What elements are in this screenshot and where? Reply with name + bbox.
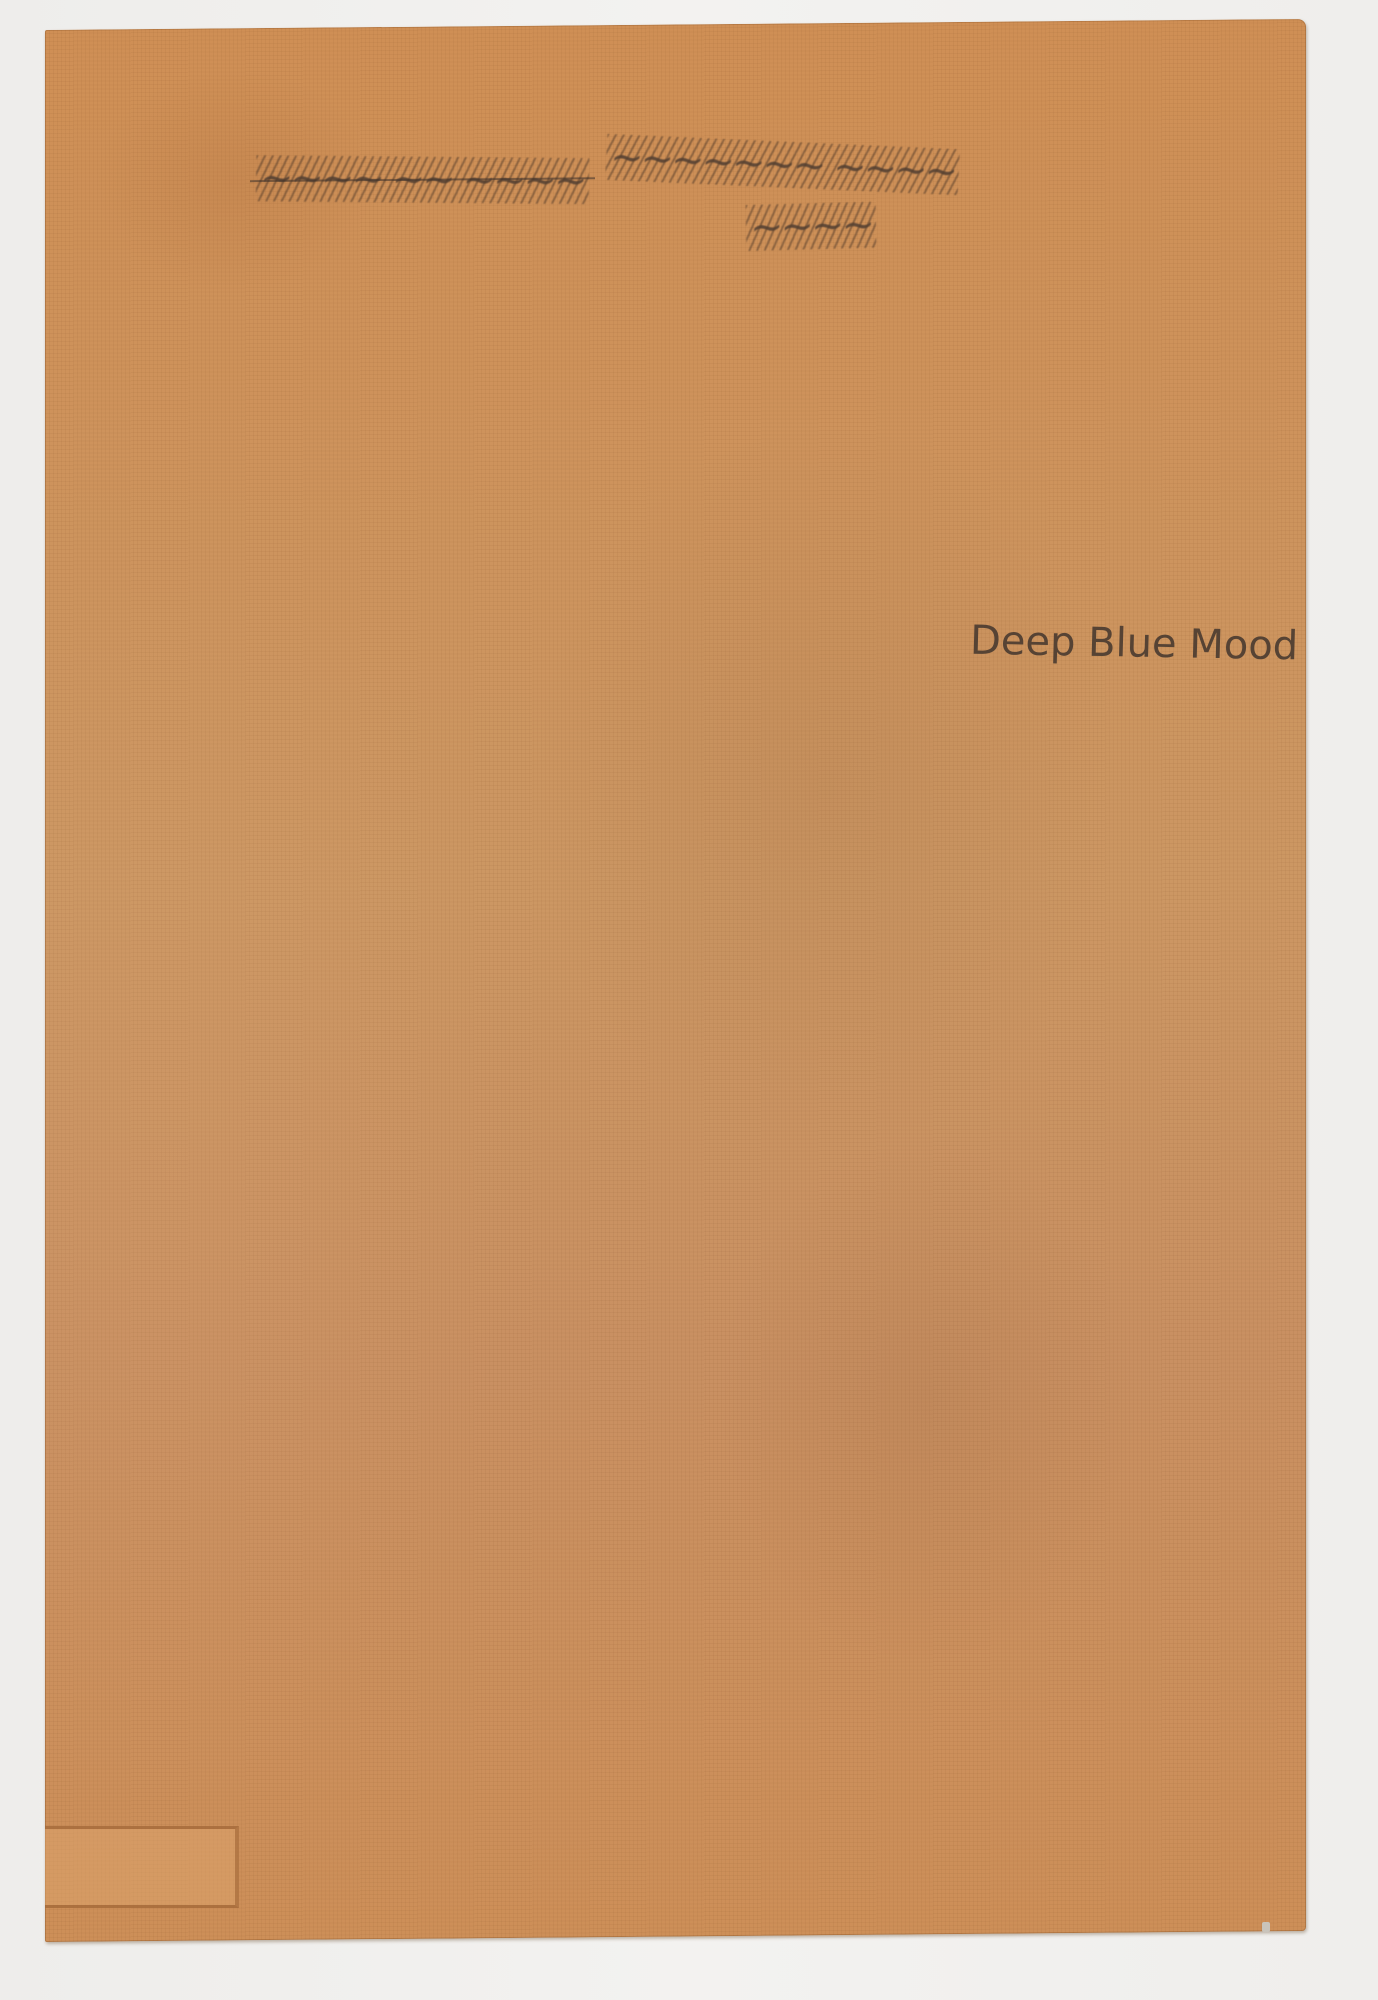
scribbled-out-text: ~~~~ [750, 202, 873, 251]
tape-residue [45, 1826, 239, 1908]
scribbled-out-text: ~~~~ ~~ ~~~~ [260, 155, 585, 204]
hardboard-panel-back: ~~~~ ~~ ~~~~ ~~~~~~~ ~~~~ ~~~~ Deep Blue… [45, 19, 1306, 1942]
handwritten-title: Deep Blue Mood [969, 618, 1298, 670]
scribbled-out-text: ~~~~~~~ ~~~~ [609, 134, 956, 195]
nail-icon [1262, 1922, 1270, 1932]
